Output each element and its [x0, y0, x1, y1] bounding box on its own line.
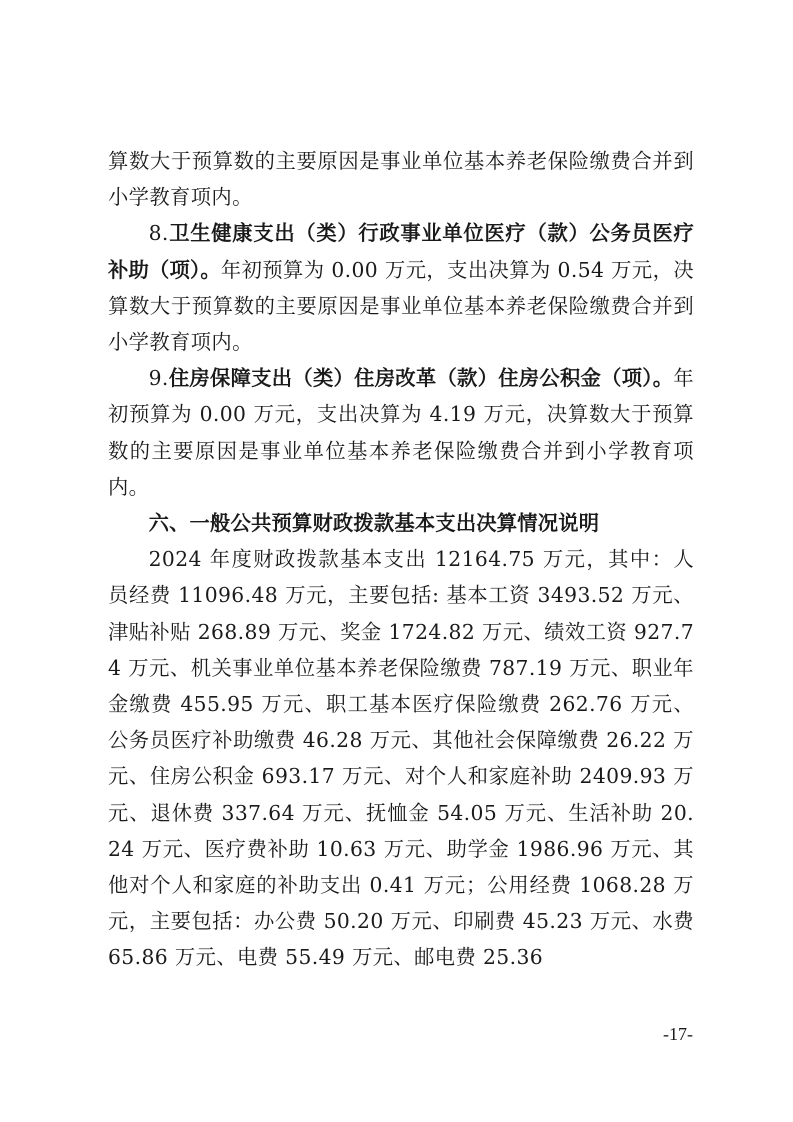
paragraph-item-9: 9.住房保障支出（类）住房改革（款）住房公积金（项）。年初预算为 0.00 万元…	[108, 360, 694, 505]
paragraph-item-8: 8.卫生健康支出（类）行政事业单位医疗（款）公务员医疗补助（项）。年初预算为 0…	[108, 215, 694, 360]
item-number: 9.	[149, 366, 169, 390]
document-page: 算数大于预算数的主要原因是事业单位基本养老保险缴费合并到小学教育项内。 8.卫生…	[0, 0, 793, 1122]
page-body: 算数大于预算数的主要原因是事业单位基本养老保险缴费合并到小学教育项内。 8.卫生…	[108, 143, 694, 976]
page-number: -17-	[663, 1024, 693, 1045]
item-title: 住房保障支出（类）住房改革（款）住房公积金（项）。	[169, 366, 674, 390]
section-heading: 六、一般公共预算财政拨款基本支出决算情况说明	[108, 505, 694, 541]
item-number: 8.	[149, 221, 169, 245]
paragraph-continuation: 算数大于预算数的主要原因是事业单位基本养老保险缴费合并到小学教育项内。	[108, 143, 694, 215]
paragraph-basic-expenditure: 2024 年度财政拨款基本支出 12164.75 万元，其中：人员经费 1109…	[108, 541, 694, 975]
